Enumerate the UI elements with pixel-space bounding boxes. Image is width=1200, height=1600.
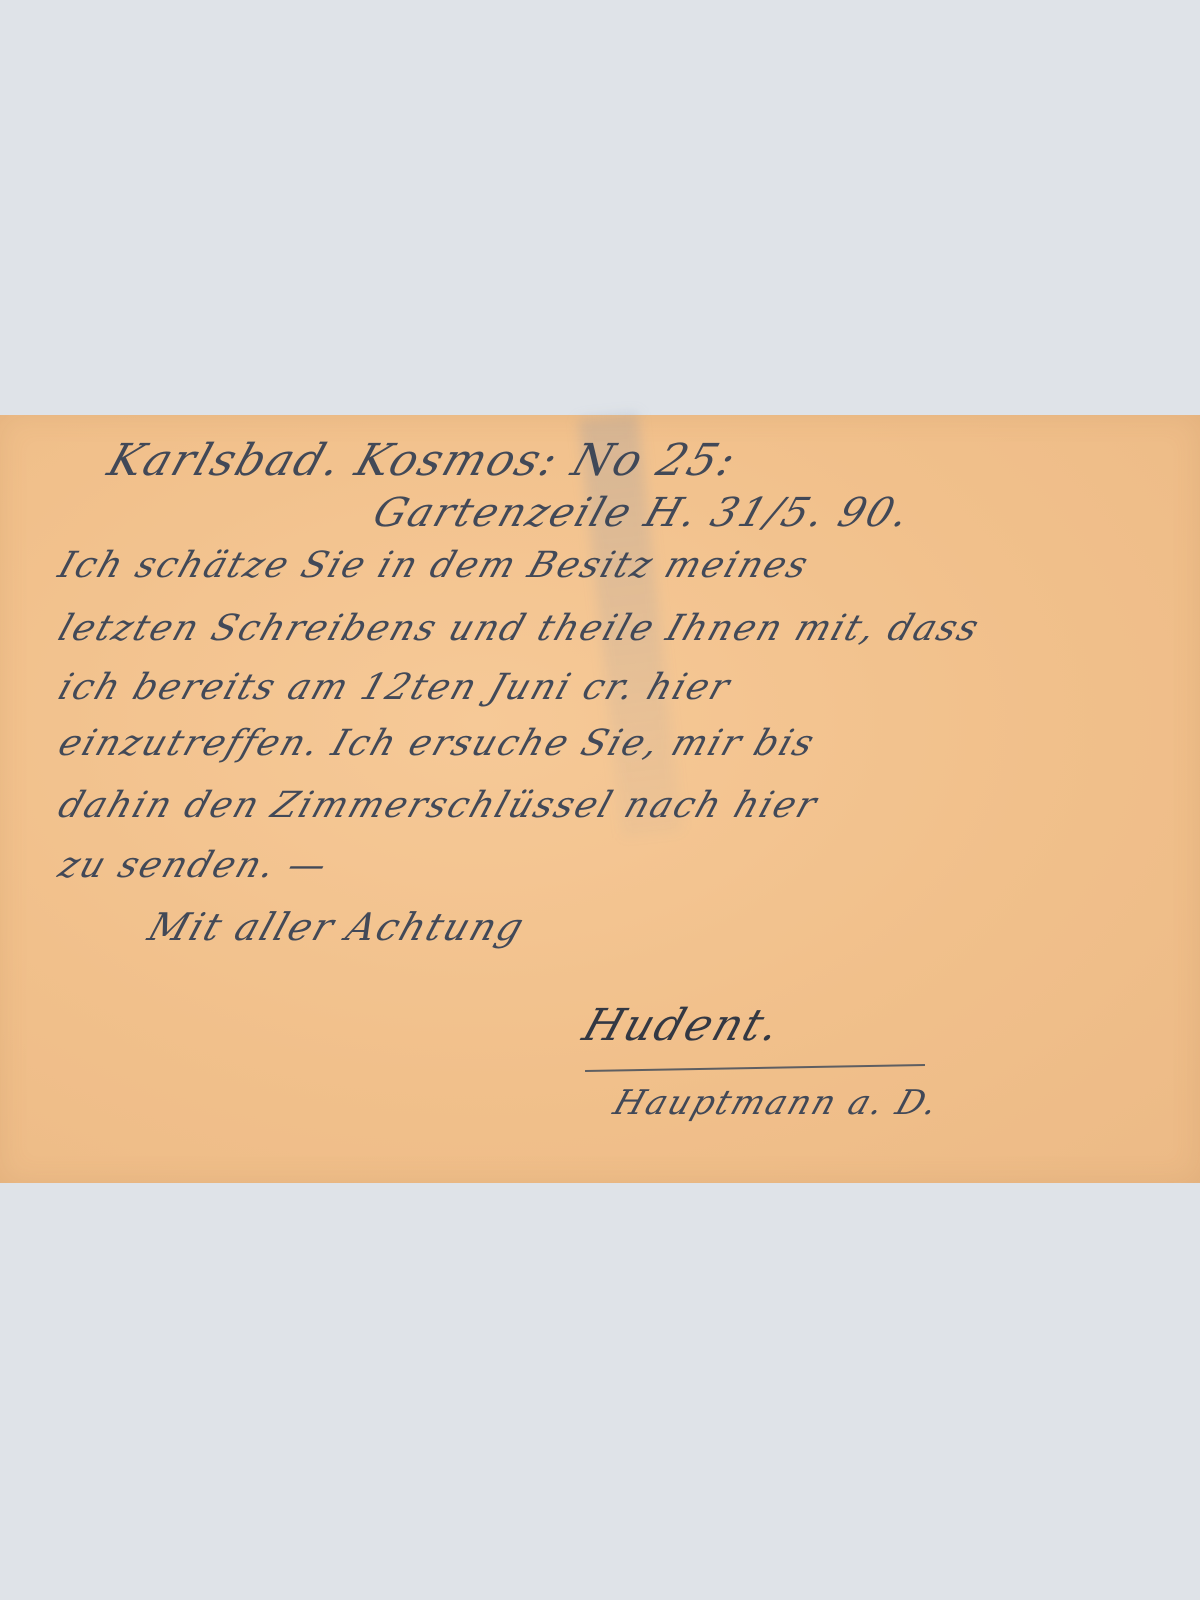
body-line: Ich schätze Sie in dem Besitz meines (53, 545, 814, 586)
signature-title: Hauptmann a. D. (609, 1083, 945, 1123)
body-line: ich bereits am 12ten Juni cr. hier (53, 667, 736, 708)
signature-underline (585, 1064, 925, 1072)
body-line: zu senden. — (53, 845, 333, 886)
body-line: dahin den Zimmerschlüssel nach hier (53, 785, 823, 826)
body-line: letzten Schreibens und theile Ihnen mit,… (53, 608, 985, 649)
closing-salutation: Mit aller Achtung (143, 905, 531, 949)
signature: Hudent. (577, 1000, 788, 1051)
header-address-date: Gartenzeile H. 31/5. 90. (368, 490, 917, 536)
header-location: Karlsbad. Kosmos: No 25: (102, 435, 744, 486)
body-line: einzutreffen. Ich ersuche Sie, mir bis (53, 723, 820, 764)
postcard: Karlsbad. Kosmos: No 25: Gartenzeile H. … (0, 415, 1200, 1183)
